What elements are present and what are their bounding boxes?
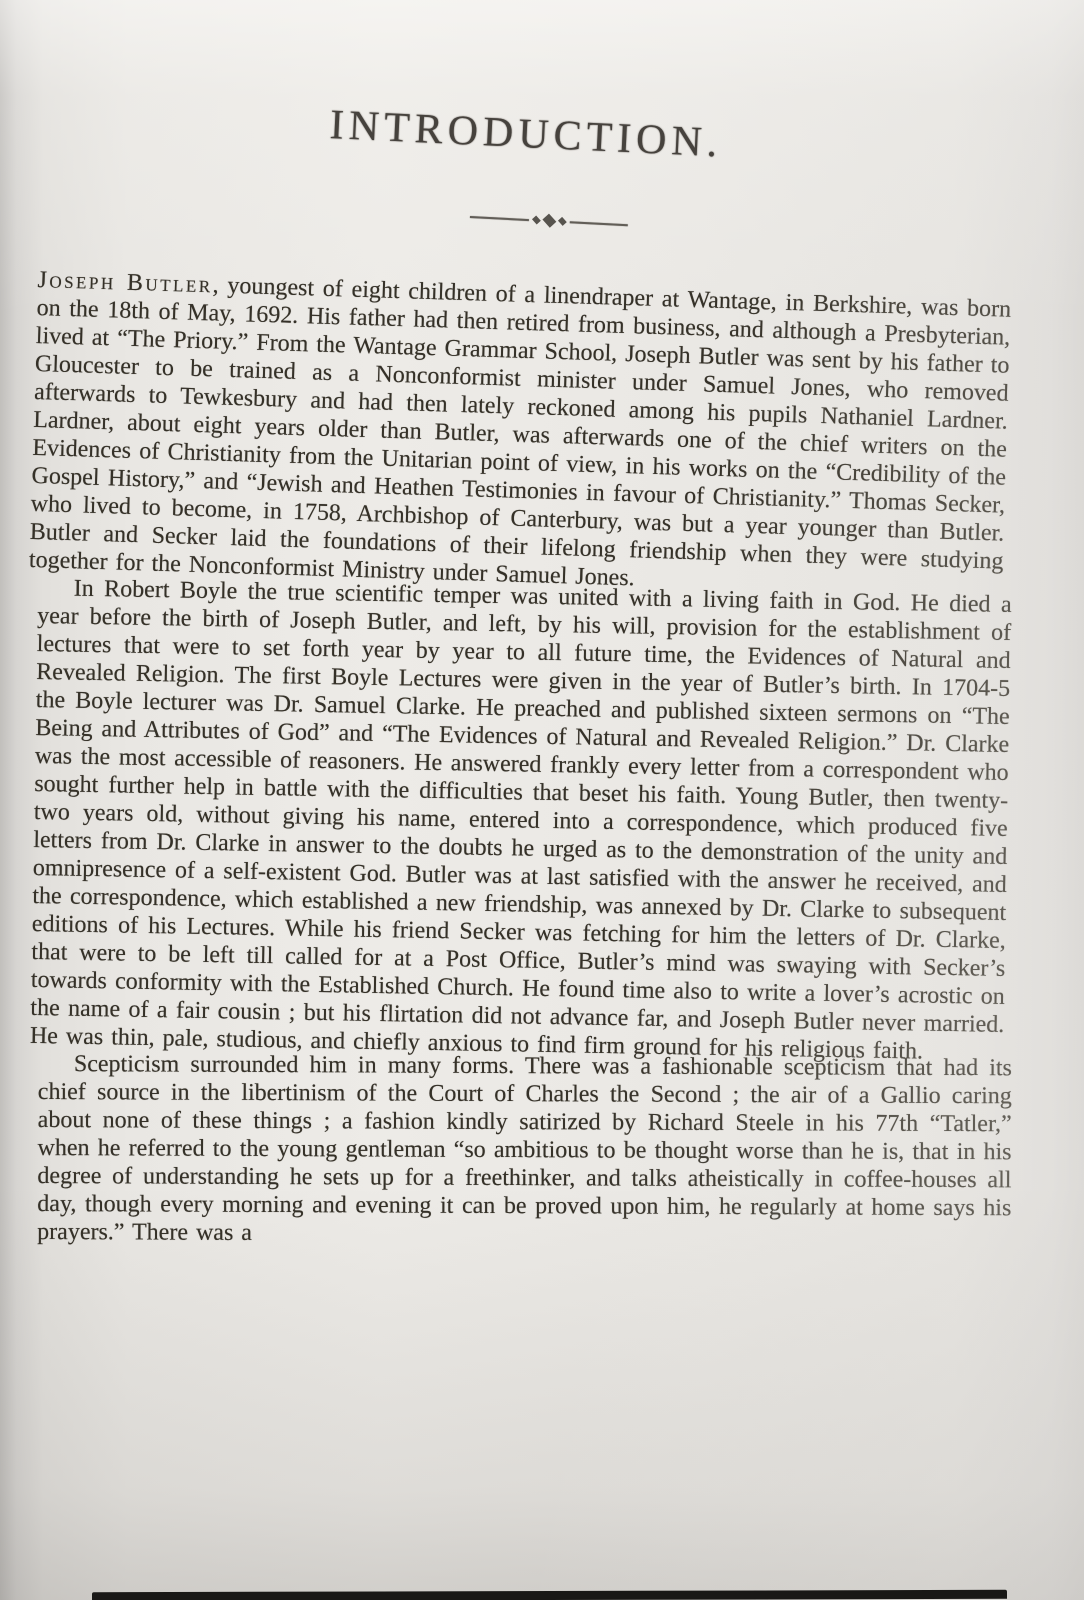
- body-text: Joseph Butler, youngest of eight childre…: [38, 266, 1012, 1246]
- diamond-icon: [557, 217, 566, 226]
- paragraph-scepticism: Scepticism surrounded him in many forms.…: [37, 1050, 1012, 1250]
- diamond-icon: [542, 214, 556, 228]
- ornament-divider: [470, 211, 628, 230]
- scanned-book-page: INTRODUCTION. Joseph Butler, youngest of…: [0, 0, 1084, 1600]
- paragraph-text: In Robert Boyle the true scientific temp…: [30, 576, 1012, 1065]
- page-title: INTRODUCTION.: [329, 101, 724, 167]
- photo-bottom-edge: [92, 1590, 1007, 1600]
- paragraph-robert-boyle: In Robert Boyle the true scientific temp…: [30, 574, 1012, 1067]
- diamond-icon: [531, 215, 540, 224]
- ornament-rule-left: [470, 216, 529, 221]
- paragraph-text: , youngest of eight children of a linend…: [29, 272, 1012, 591]
- ornament-rule-right: [569, 221, 628, 226]
- paragraph-text: Scepticism surrounded him in many forms.…: [37, 1051, 1012, 1246]
- paragraph-lead-small-caps: Joseph Butler: [37, 267, 213, 298]
- paragraph-introduction-butler: Joseph Butler, youngest of eight childre…: [29, 266, 1012, 604]
